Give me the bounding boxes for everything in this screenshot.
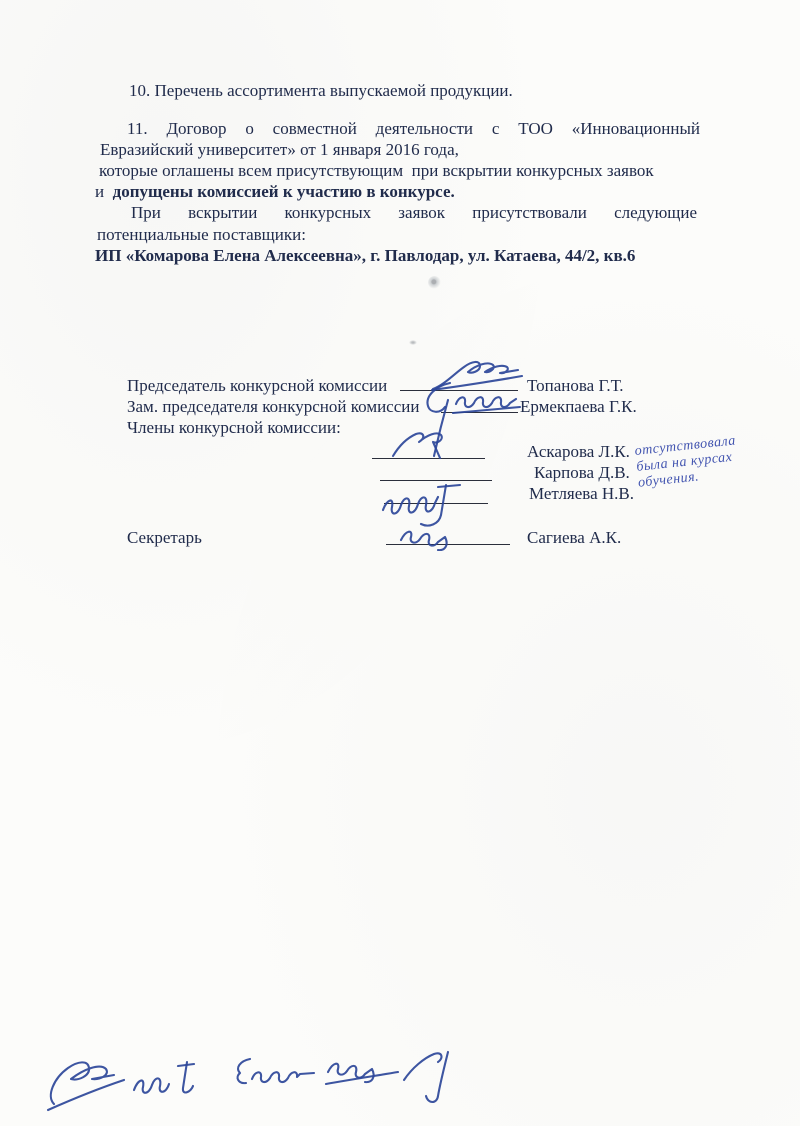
scanned-document-page: 10. Перечень ассортимента выпускаемой пр… [0, 0, 800, 1126]
secretary-label: Секретарь [127, 527, 202, 548]
signature-secretary-sagieva [396, 523, 472, 551]
supplier-line: ИП «Комарова Елена Алексеевна», г. Павло… [95, 245, 635, 266]
bottom-signature-5 [398, 1046, 462, 1108]
member3-name: Метляева Н.В. [529, 483, 634, 504]
dopushcheny-prefix: и [95, 182, 113, 201]
bottom-signature-1 [42, 1052, 140, 1116]
member1-name: Аскарова Л.К. [527, 441, 630, 462]
dopushcheny-bold-text: допущены комиссией к участию в конкурсе. [113, 182, 455, 201]
handwritten-absence-note: отсутствовала была на курсах обучения. [634, 425, 800, 492]
members-label: Члены конкурсной комиссии: [127, 417, 341, 438]
signature-member3-metlyaeva [378, 480, 480, 528]
chairman-label: Председатель конкурсной комиссии [127, 375, 387, 396]
paragraph-pri-line2: потенциальные поставщики: [97, 224, 497, 245]
paragraph-item-11-line1: 11. Договор о совместной деятельности с … [100, 118, 700, 139]
signature-member1-askarova [385, 398, 490, 462]
bottom-signature-3 [232, 1055, 320, 1095]
paragraph-dopushcheny: и допущены комиссией к участию в конкурс… [95, 181, 735, 202]
scan-smudge-artifact [409, 340, 417, 345]
scan-smudge-artifact [428, 276, 441, 289]
bottom-signature-4 [322, 1050, 408, 1092]
member2-name: Карпова Д.В. [534, 462, 630, 483]
chairman-name: Топанова Г.Т. [527, 375, 624, 396]
paragraph-item-10: 10. Перечень ассортимента выпускаемой пр… [100, 80, 720, 101]
paragraph-oglasheny: которые оглашены всем присутствующим при… [99, 160, 739, 181]
secretary-name: Сагиева А.К. [527, 527, 621, 548]
bottom-signature-2 [130, 1058, 208, 1104]
paragraph-item-11-line2: Евразийский университет» от 1 января 201… [100, 139, 720, 160]
paragraph-pri-line1: При вскрытии конкурсных заявок присутств… [100, 202, 697, 223]
deputy-label: Зам. председателя конкурсной комиссии [127, 396, 419, 417]
deputy-name: Ермекпаева Г.К. [520, 396, 637, 417]
